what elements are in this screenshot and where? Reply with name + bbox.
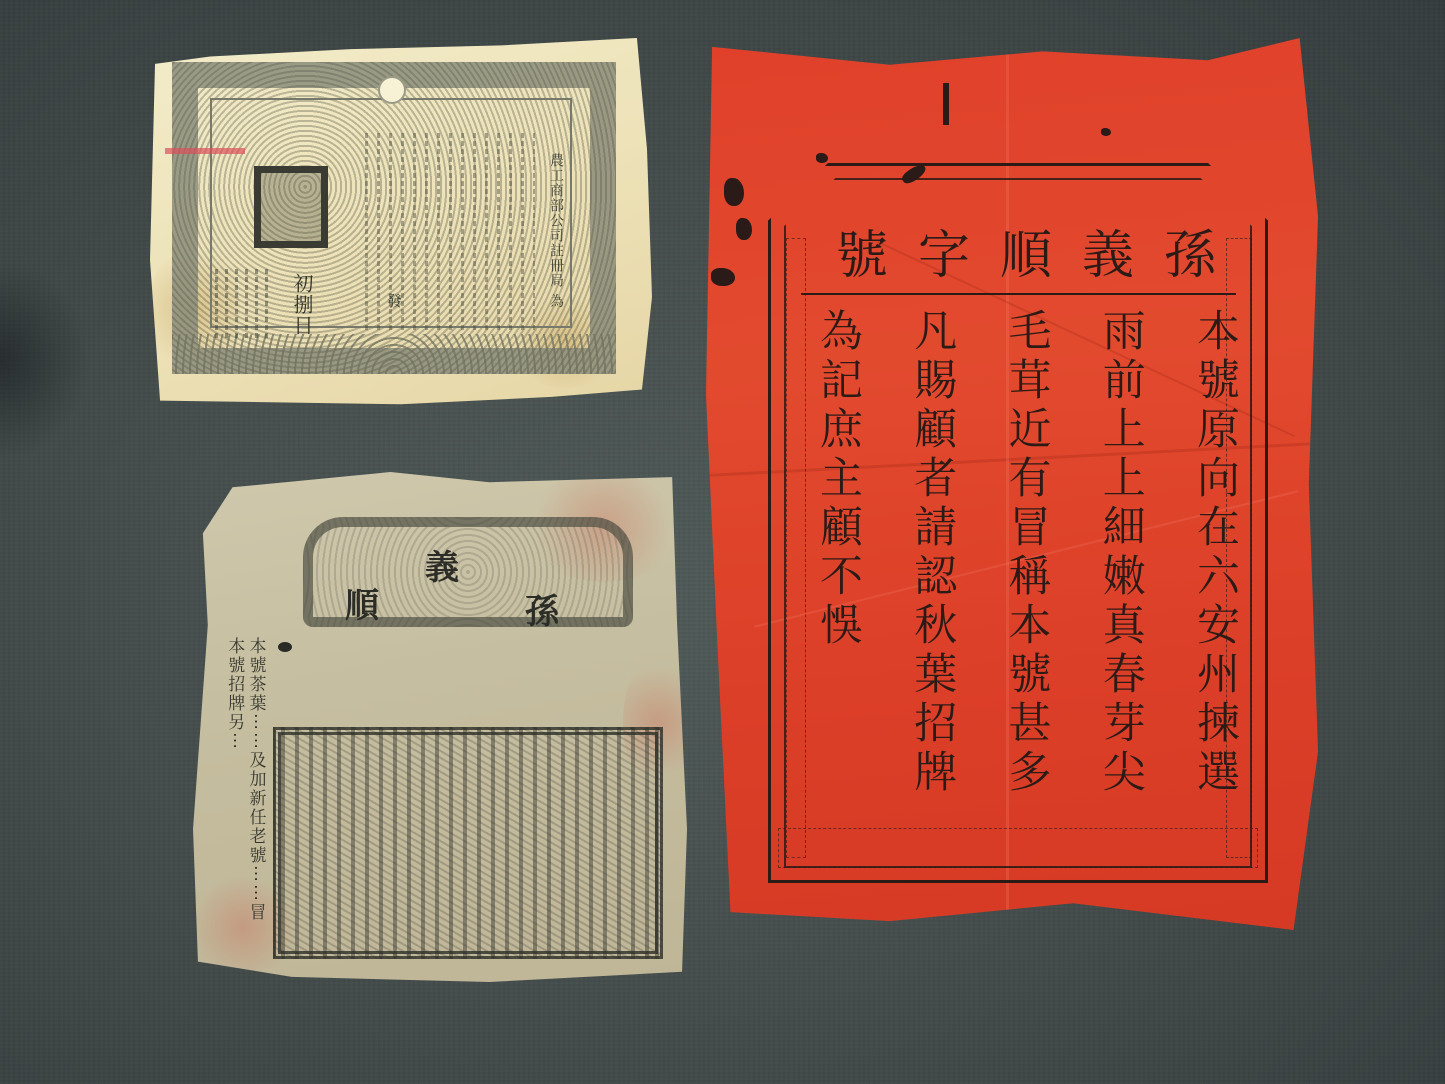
fret-border-left: [786, 238, 806, 858]
brand-char: 順: [345, 578, 379, 627]
text-column: 雨前上上細嫩真春芽尖: [1099, 308, 1142, 868]
wave-pattern: [172, 334, 616, 374]
text-column: 為記庶主顧不悞: [816, 308, 859, 868]
burn-hole: [711, 268, 735, 286]
official-seal: [254, 166, 328, 248]
wrapper-side-text: 本號茶葉⋯⋯及加新任老號⋯⋯冒本號招牌另⋯: [223, 637, 266, 937]
certificate-footnote-text: [215, 268, 275, 338]
ink-spot: [278, 642, 292, 652]
burn-hole: [736, 218, 752, 240]
brand-char: 義: [425, 540, 459, 589]
certificate-header: 農工商部公司註冊局 為: [547, 153, 564, 308]
title-char: 號: [836, 213, 888, 288]
text-column: 凡賜顧者請認秋葉招牌: [910, 308, 953, 868]
title-char: 義: [1082, 213, 1134, 288]
text-column: 本號原向在六安州揀選: [1193, 308, 1236, 868]
red-ink-mark: [165, 148, 245, 154]
title-divider: [801, 293, 1236, 295]
title-char: 順: [1000, 213, 1052, 288]
certificate-document: 農工商部公司註冊局 為 初捌日 發: [150, 38, 652, 408]
red-notice-title: 孫 義 順 字 號: [836, 213, 1216, 288]
ink-mark: [943, 83, 949, 125]
certificate-issue-mark: 發: [385, 293, 403, 309]
engraved-illustration: [273, 727, 663, 959]
brand-char: 孫: [525, 584, 559, 633]
red-notice-body: 本號原向在六安州揀選 雨前上上細嫩真春芽尖 毛茸近有冒稱本號甚多 凡賜顧者請認秋…: [816, 308, 1236, 868]
red-notice-document: 孫 義 順 字 號 本號原向在六安州揀選 雨前上上細嫩真春芽尖 毛茸近有冒稱本號…: [706, 38, 1318, 930]
certificate-date: 初捌日: [290, 273, 314, 336]
burn-hole: [724, 178, 744, 206]
wrapper-document: 孫 義 順 本號茶葉⋯⋯及加新任老號⋯⋯冒本號招牌另⋯: [193, 472, 687, 982]
burn-hole: [1101, 128, 1111, 136]
sun-emblem: [378, 76, 406, 104]
title-char: 字: [918, 213, 970, 288]
burn-hole: [816, 153, 828, 163]
shadow: [0, 260, 90, 460]
text-column: 毛茸近有冒稱本號甚多: [1005, 308, 1048, 868]
title-char: 孫: [1164, 213, 1216, 288]
